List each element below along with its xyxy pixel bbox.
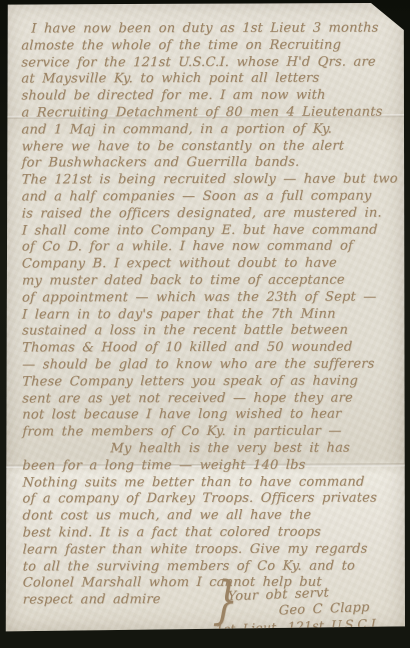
letter-line: My health is the very best it has xyxy=(110,440,398,458)
letter-line: learn faster than white troops. Give my … xyxy=(22,541,398,559)
letter-body: I have now been on duty as 1st Lieut 3 m… xyxy=(4,2,406,632)
letter-line: and a half companies — Soon as a full co… xyxy=(21,188,397,206)
letter-line: The 121st is being recruited slowly — ha… xyxy=(21,172,397,190)
letter-line: Thomas & Hood of 10 killed and 50 wounde… xyxy=(22,340,398,358)
letter-line: where we have to be constantly on the al… xyxy=(21,138,397,156)
letter-line: I have now been on duty as 1st Lieut 3 m… xyxy=(31,20,397,38)
letter-line: best kind. It is a fact that colored tro… xyxy=(22,524,398,542)
letter-line: Nothing suits me better than to have com… xyxy=(22,474,398,492)
letter-line: and 1 Maj in command, in a portion of Ky… xyxy=(21,121,397,139)
letter-line: been for a long time — weight 140 lbs xyxy=(22,457,398,475)
letter-line: of appointment — which was the 23th of S… xyxy=(22,289,398,307)
letter-page: I have now been on duty as 1st Lieut 3 m… xyxy=(5,3,405,632)
letter-line: from the members of Co Ky. in particular… xyxy=(22,424,398,442)
letter-line: of Co D. for a while. I have now command… xyxy=(22,239,398,257)
letter-line: a Recruiting Detachment of 80 men 4 Lieu… xyxy=(21,104,397,122)
letter-line: — should be glad to know who are the suf… xyxy=(22,356,398,374)
letter-line: for Bushwhackers and Guerrilla bands. xyxy=(21,155,397,173)
letter-line: is raised the officers designated, are m… xyxy=(21,205,397,223)
letter-line: sustained a loss in the recent battle be… xyxy=(22,323,398,341)
letter-line: sent are as yet not received — hope they… xyxy=(22,390,398,408)
letter-line: I shall come into Company E. but have co… xyxy=(22,222,398,240)
letter-line: dont cost us much, and we all have the xyxy=(22,508,398,526)
letter-line: at Maysville Ky. to which point all lett… xyxy=(21,71,397,89)
signature-block: Your obt servt Geo C Clapp 1st Lieut. 12… xyxy=(214,584,380,638)
letter-line: These Company letters you speak of as ha… xyxy=(22,373,398,391)
letter-line: should be directed for me. I am now with xyxy=(21,88,397,106)
letter-line: I learn in to day's paper that the 7th M… xyxy=(22,306,398,324)
letter-line: service for the 121st U.S.C.I. whose H'd… xyxy=(21,54,397,72)
letter-line: Company B. I expect without doubt to hav… xyxy=(22,256,398,274)
letter-line: my muster dated back to time of acceptan… xyxy=(22,272,398,290)
photo-background: I have now been on duty as 1st Lieut 3 m… xyxy=(0,0,410,648)
letter-line: to all the surviving members of Co Ky. a… xyxy=(22,558,398,576)
letter-line: almoste the whole of the time on Recruit… xyxy=(21,37,397,55)
letter-line: of a company of Darkey Troops. Officers … xyxy=(22,491,398,509)
letter-line: not lost because I have long wished to h… xyxy=(22,407,398,425)
